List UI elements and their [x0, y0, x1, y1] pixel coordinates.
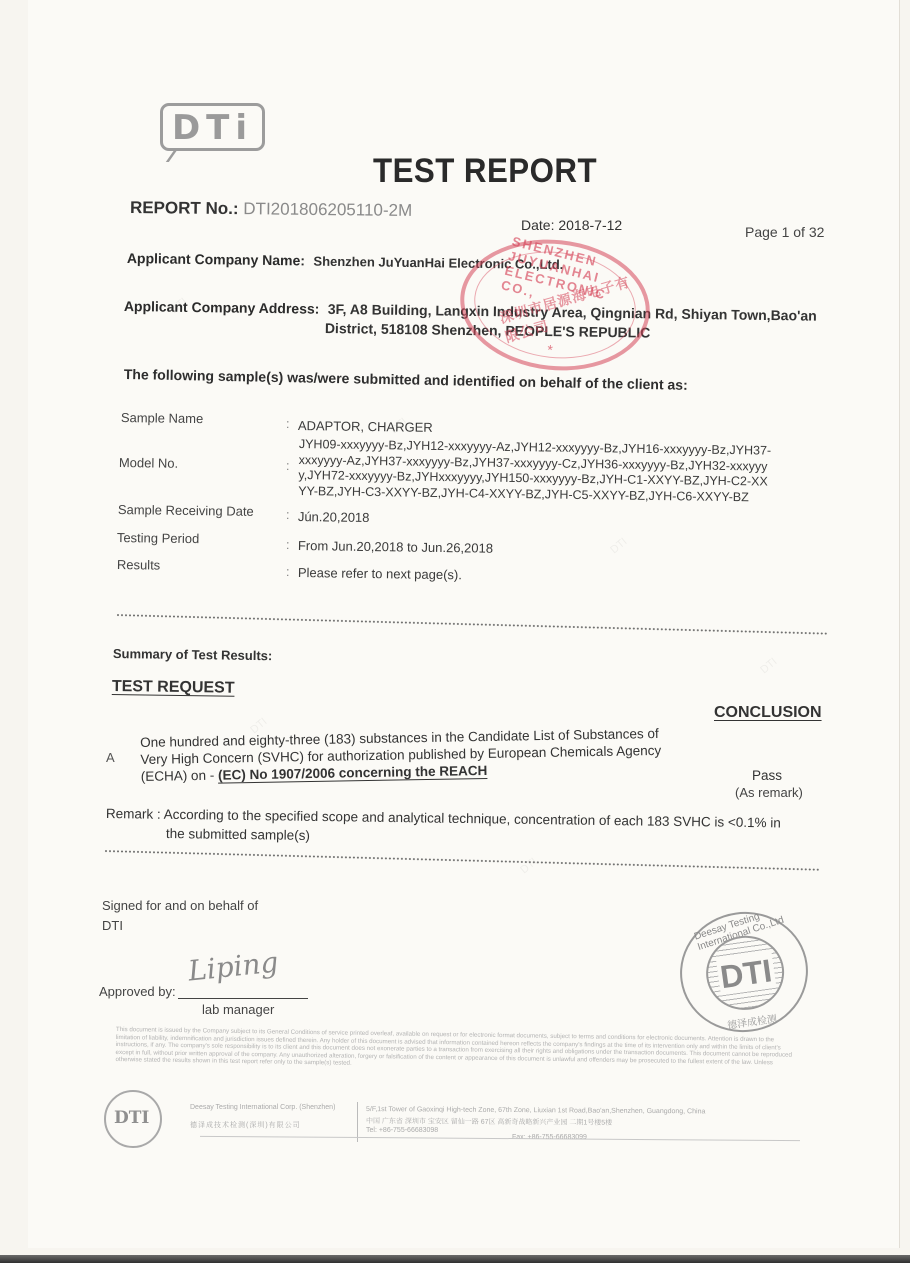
remark-text-cont: the submitted sample(s) [166, 826, 310, 843]
colon: : [286, 507, 290, 522]
colon: : [286, 564, 290, 579]
test-result-note: (As remark) [735, 785, 803, 800]
footer-address-cn: 中国 广东省 深圳市 宝安区 留仙一路 67区 高新奇战略新兴产业园 二期1号楼… [366, 1116, 612, 1128]
report-number-label: REPORT No.: [130, 198, 239, 218]
colon: : [286, 458, 290, 473]
scan-edge-bar [0, 1255, 910, 1263]
applicant-name-label: Applicant Company Name: [127, 250, 305, 268]
receiving-date-label: Sample Receiving Date [118, 502, 254, 519]
remark-label: Remark : [106, 806, 161, 822]
footer-company-cn: 德泽成技术检测(深圳)有限公司 [190, 1120, 301, 1130]
report-date: Date: 2018-7-12 [521, 217, 622, 233]
footer-dti-seal: DTI [104, 1090, 162, 1148]
colon: : [286, 537, 290, 552]
signature-line [178, 998, 308, 999]
signed-org: DTI [102, 918, 123, 933]
page-title: TEST REPORT [373, 152, 597, 191]
sample-name-value: ADAPTOR, CHARGER [298, 418, 433, 435]
results-value: Please refer to next page(s). [298, 565, 462, 582]
report-number-value: DTI201806205110-2M [243, 199, 412, 220]
footer-divider [357, 1102, 358, 1142]
test-item-description: One hundred and eighty-three (183) subst… [140, 725, 662, 785]
dti-speech-bubble-icon: DTi [163, 108, 262, 148]
testing-period-label: Testing Period [117, 530, 200, 546]
footer-company-en: Deesay Testing International Corp. (Shen… [190, 1104, 335, 1111]
footer-seal-text: DTI [114, 1108, 149, 1128]
sample-name-label: Sample Name [121, 410, 204, 426]
colon: : [286, 416, 290, 431]
page-indicator: Page 1 of 32 [745, 224, 824, 240]
test-item-line-text: (ECHA) on - [141, 768, 219, 784]
conclusion-heading: CONCLUSION [714, 704, 822, 722]
summary-heading: Summary of Test Results: [113, 646, 273, 663]
approver-role: lab manager [202, 1002, 274, 1017]
testing-period-value: From Jun.20,2018 to Jun.26,2018 [298, 538, 493, 556]
receiving-date-value: Jún.20,2018 [298, 509, 370, 525]
seal-dti-text: DTI [716, 952, 776, 995]
approved-by-label: Approved by: [99, 984, 176, 999]
model-no-value: JYH09-xxxyyyy-Bz,JYH12-xxxyyyy-Az,JYH12-… [298, 437, 771, 506]
model-no-label: Model No. [119, 455, 178, 471]
signed-behalf-text: Signed for and on behalf of [102, 898, 258, 913]
test-request-heading: TEST REQUEST [112, 678, 235, 698]
report-number: REPORT No.: DTI201806205110-2M [130, 198, 412, 221]
dti-logo: DTi [160, 103, 265, 151]
test-item-letter: A [106, 750, 115, 765]
applicant-address-label: Applicant Company Address: [124, 298, 320, 317]
results-label: Results [117, 557, 161, 573]
test-result: Pass [752, 768, 782, 783]
footer-tel: Tel: +86-755-66683098 [366, 1127, 438, 1134]
